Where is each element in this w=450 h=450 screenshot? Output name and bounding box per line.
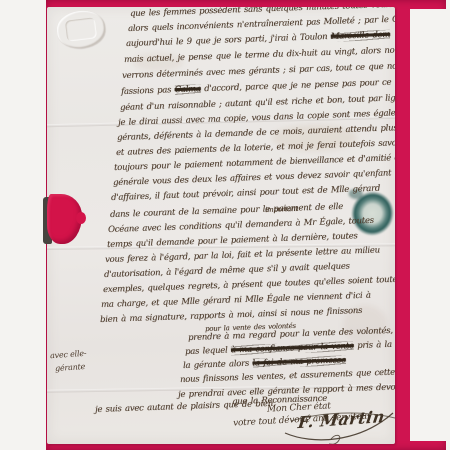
line-text: fassions pas: [121, 85, 175, 97]
line-text: aujourd'hui le 9 que je sors parti, j'ir…: [126, 32, 331, 49]
line-text: d'accord, parce que je ne pense pas pour…: [201, 77, 395, 95]
signature-flourish: [279, 401, 395, 444]
line-text: pas lequel: [185, 345, 231, 357]
letter-photo: que les femmes possèdent sans quelques m…: [0, 0, 450, 450]
scratched-out-text: Marseille dem: [331, 30, 391, 42]
handwriting-block: que les femmes possèdent sans quelques m…: [47, 7, 395, 444]
scratched-out-text: à ma confiance pour la vente: [231, 341, 354, 355]
scratched-out-text: Calma: [174, 84, 201, 95]
background-gap: [410, 9, 450, 441]
line-text: je suis avec autant de plaisirs que de b…: [95, 399, 273, 415]
scratched-out-text: la foi de ma promesse: [252, 355, 346, 368]
letter-paper: que les femmes possèdent sans quelques m…: [47, 7, 395, 444]
handwriting-line: bien à ma signature, rapports à moi, ain…: [100, 306, 363, 325]
line-text: pris à la satisfaction si par Toulon: [354, 336, 395, 351]
line-text: bien à ma signature, rapports à moi, ain…: [100, 306, 363, 325]
handwriting-line: la gérante alors la foi de ma promesse: [183, 355, 346, 371]
line-text: la gérante alors: [183, 359, 253, 371]
handwriting-line: je suis avec autant de plaisirs que de b…: [95, 399, 273, 415]
